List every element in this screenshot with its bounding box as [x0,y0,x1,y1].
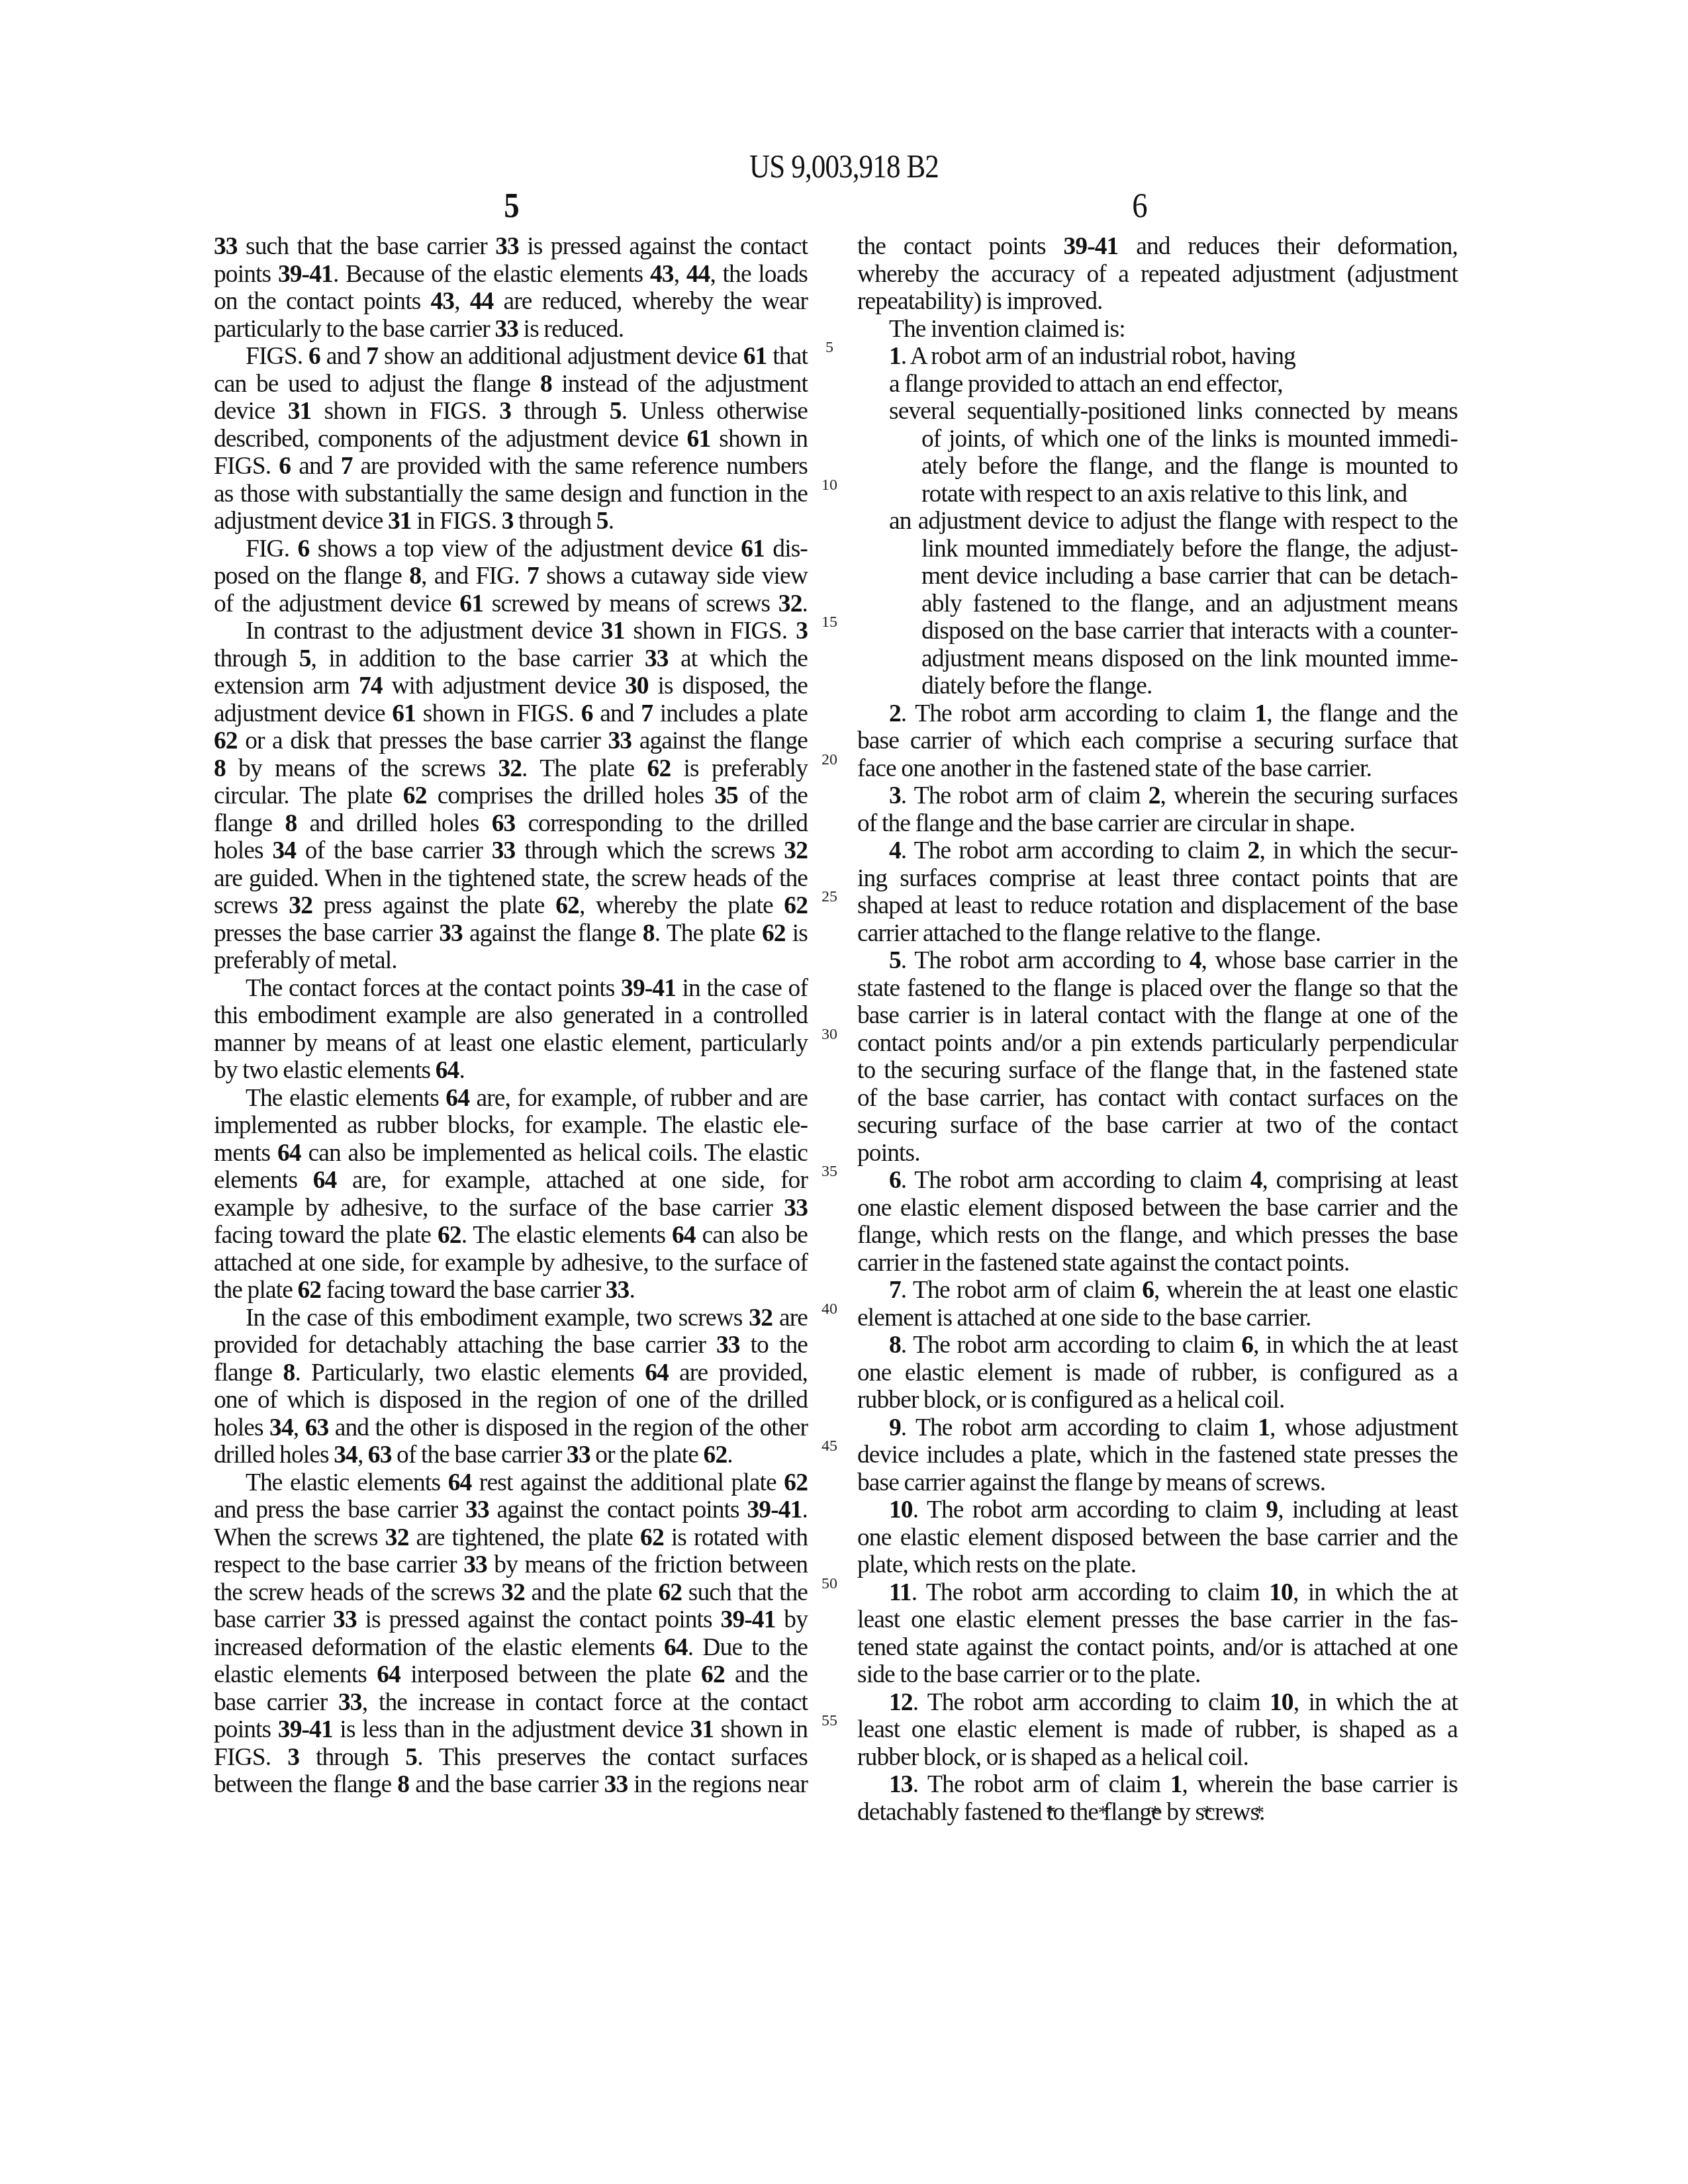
text-line: presses the base carrier 33 against the … [214,920,808,948]
reference-numeral: 2 [1248,837,1260,864]
asterisk: * [1046,1801,1056,1824]
reference-numeral: 33 [608,727,632,754]
text-line: FIGS. 6 and 7 are provided with the same… [214,453,808,480]
text-line: as those with substantially the same des… [214,480,808,508]
text-line: preferably of metal. [214,947,808,975]
reference-numeral: 34 [334,1441,357,1469]
text-line: base carrier 33, the increase in contact… [214,1689,808,1717]
reference-numeral: 4 [1250,1167,1262,1194]
text-line: 6. The robot arm according to claim 4, c… [857,1167,1458,1195]
text-line: disposed on the base carrier that intera… [857,617,1458,645]
reference-numeral: 3 [889,782,901,809]
reference-numeral: 1 [889,343,901,370]
reference-numeral: 33 [567,1441,590,1469]
reference-numeral: 13 [889,1771,913,1798]
reference-numeral: 44 [470,288,494,315]
text-line: this embodiment example are also generat… [214,1002,808,1030]
reference-numeral: 62 [555,892,579,919]
line-number: 55 [816,1712,843,1730]
reference-numeral: 6 [279,453,291,480]
reference-numeral: 63 [305,1414,329,1441]
reference-numeral: 74 [359,672,383,700]
text-line: points 39-41. Because of the elastic ele… [214,261,808,289]
text-line: flange 8 and drilled holes 63 correspond… [214,810,808,838]
text-line: flange 8. Particularly, two elastic elem… [214,1359,808,1387]
reference-numeral: 6 [1142,1277,1154,1304]
reference-numeral: 64 [313,1167,337,1194]
patent-number-header: US 9,003,918 B2 [118,147,1570,185]
reference-numeral: 43 [650,261,674,288]
text-line: In contrast to the adjustment device 31 … [214,617,808,645]
text-line: flange, which rests on the flange, and w… [857,1222,1458,1250]
reference-numeral: 64 [277,1140,301,1167]
text-line: face one another in the fastened state o… [857,755,1458,783]
reference-numeral: 64 [448,1469,472,1496]
reference-numeral: 8 [214,755,226,782]
reference-numeral: 30 [625,672,649,700]
reference-numeral: 3 [287,1744,299,1771]
reference-numeral: 8 [540,371,552,398]
text-line: The invention claimed is: [857,316,1458,343]
text-line: rubber block, or is shaped as a helical … [857,1744,1458,1772]
reference-numeral: 62 [214,727,238,754]
reference-numeral: 39-41 [621,975,676,1002]
text-line: device 31 shown in FIGS. 3 through 5. Un… [214,398,808,426]
text-line: attached at one side, for example by adh… [214,1250,808,1277]
text-line: shaped at least to reduce rotation and d… [857,892,1458,920]
text-line: ately before the flange, and the flange … [857,453,1458,480]
text-line: The contact forces at the contact points… [214,975,808,1003]
reference-numeral: 39-41 [721,1606,776,1633]
text-line: particularly to the base carrier 33 is r… [214,316,808,343]
reference-numeral: 33 [604,1771,628,1798]
reference-numeral: 8 [283,1359,295,1387]
text-line: points 39-41 is less than in the adjustm… [214,1716,808,1744]
text-line: the plate 62 facing toward the base carr… [214,1277,808,1304]
text-line: of joints, of which one of the links is … [857,426,1458,453]
reference-numeral: 31 [388,508,412,535]
reference-numeral: 39-41 [278,261,333,288]
reference-numeral: 3 [796,617,808,645]
reference-numeral: 61 [743,343,767,370]
text-line: elements 64 are, for example, attached a… [214,1167,808,1195]
text-line: 9. The robot arm according to claim 1, w… [857,1414,1458,1442]
text-line: screws 32 press against the plate 62, wh… [214,892,808,920]
line-number: 35 [816,1163,843,1181]
reference-numeral: 33 [716,1332,740,1359]
line-number: 45 [816,1437,843,1455]
text-line: 8 by means of the screws 32. The plate 6… [214,755,808,783]
reference-numeral: 9 [1266,1496,1278,1524]
text-line: carrier in the fastened state against th… [857,1250,1458,1277]
text-line: FIGS. 3 through 5. This preserves the co… [214,1744,808,1772]
reference-numeral: 6 [298,535,310,563]
text-line: one of which is disposed in the region o… [214,1387,808,1414]
text-line: drilled holes 34, 63 of the base carrier… [214,1441,808,1469]
reference-numeral: 62 [297,1277,321,1304]
text-line: 1. A robot arm of an industrial robot, h… [857,343,1458,371]
reference-numeral: 2 [1149,782,1160,809]
reference-numeral: 7 [527,563,539,590]
reference-numeral: 32 [749,1304,773,1332]
reference-numeral: 33 [492,837,516,864]
text-line: provided for detachably attaching the ba… [214,1332,808,1359]
reference-numeral: 44 [686,261,710,288]
reference-numeral: 7 [889,1277,901,1304]
text-line: adjustment device 31 in FIGS. 3 through … [214,508,808,535]
text-line: are guided. When in the tightened state,… [214,865,808,893]
text-line: In the case of this embodiment example, … [214,1304,808,1332]
text-line: base carrier is in lateral contact with … [857,1002,1458,1030]
reference-numeral: 32 [385,1524,409,1551]
text-line: to the securing surface of the flange th… [857,1057,1458,1085]
reference-numeral: 62 [647,755,671,782]
text-line: and press the base carrier 33 against th… [214,1496,808,1524]
text-line: increased deformation of the elastic ele… [214,1634,808,1662]
text-line: an adjustment device to adjust the flang… [857,508,1458,535]
reference-numeral: 1 [1170,1771,1182,1798]
text-line: base carrier 33 is pressed against the c… [214,1606,808,1634]
text-line: contact points and/or a pin extends part… [857,1030,1458,1058]
text-line: through 5, in addition to the base carri… [214,645,808,673]
reference-numeral: 62 [784,892,808,919]
reference-numeral: 5 [405,1744,417,1771]
asterisk: * [1150,1801,1160,1824]
reference-numeral: 6 [308,343,320,370]
reference-numeral: 9 [889,1414,901,1441]
reference-numeral: 7 [366,343,378,370]
text-line: The elastic elements 64 rest against the… [214,1469,808,1497]
end-of-document-marker: ***** [1046,1801,1264,1824]
reference-numeral: 33 [338,1689,362,1716]
description-column: 33 such that the base carrier 33 is pres… [214,233,808,1799]
text-line: whereby the accuracy of a repeated adjus… [857,261,1458,289]
reference-numeral: 33 [494,316,518,343]
text-line: facing toward the plate 62. The elastic … [214,1222,808,1250]
reference-numeral: 34 [269,1414,293,1441]
reference-numeral: 1 [1258,1414,1270,1441]
reference-numeral: 5 [889,947,901,974]
reference-numeral: 64 [645,1359,669,1387]
reference-numeral: 63 [492,810,516,837]
reference-numeral: 39-41 [278,1716,333,1743]
text-line: manner by means of at least one elastic … [214,1030,808,1058]
reference-numeral: 33 [333,1606,357,1633]
reference-numeral: 62 [438,1222,461,1249]
text-line: one elastic element is made of rubber, i… [857,1359,1458,1387]
reference-numeral: 64 [377,1661,400,1688]
reference-numeral: 10 [1270,1689,1293,1716]
text-line: adjustment device 61 shown in FIGS. 6 an… [214,700,808,728]
reference-numeral: 33 [214,233,238,260]
text-line: securing surface of the base carrier at … [857,1112,1458,1140]
text-line: ments 64 can also be implemented as heli… [214,1140,808,1167]
reference-numeral: 33 [645,645,669,672]
text-line: described, components of the adjustment … [214,426,808,453]
reference-numeral: 62 [762,920,786,947]
reference-numeral: 33 [463,1551,487,1578]
line-number: 25 [816,888,843,906]
text-line: 33 such that the base carrier 33 is pres… [214,233,808,261]
reference-numeral: 6 [581,700,593,727]
text-line: state fastened to the flange is placed o… [857,975,1458,1003]
text-line: 2. The robot arm according to claim 1, t… [857,700,1458,728]
reference-numeral: 3 [502,508,514,535]
reference-numeral: 64 [664,1634,688,1661]
text-line: points. [857,1140,1458,1167]
text-line: circular. The plate 62 comprises the dri… [214,782,808,810]
reference-numeral: 64 [672,1222,696,1249]
reference-numeral: 10 [1269,1579,1293,1606]
reference-numeral: 62 [640,1524,664,1551]
reference-numeral: 32 [289,892,312,919]
reference-numeral: 12 [889,1689,913,1716]
reference-numeral: 33 [606,1277,630,1304]
reference-numeral: 31 [288,398,312,425]
text-line: carrier attached to the flange relative … [857,920,1458,948]
reference-numeral: 39-41 [1063,233,1118,260]
text-line: base carrier against the flange by means… [857,1469,1458,1497]
reference-numeral: 62 [658,1579,682,1606]
text-line: base carrier of which each comprise a se… [857,727,1458,755]
asterisk: * [1254,1801,1264,1824]
reference-numeral: 8 [285,810,297,837]
reference-numeral: 61 [392,700,416,727]
reference-numeral: 35 [714,782,738,809]
text-line: 12. The robot arm according to claim 10,… [857,1689,1458,1717]
text-line: least one elastic element is made of rub… [857,1716,1458,1744]
text-line: one elastic element disposed between the… [857,1195,1458,1222]
text-line: 62 or a disk that presses the base carri… [214,727,808,755]
text-line: respect to the base carrier 33 by means … [214,1551,808,1579]
text-line: a flange provided to attach an end effec… [857,371,1458,398]
reference-numeral: 5 [610,398,622,425]
text-line: elastic elements 64 interposed between t… [214,1661,808,1689]
reference-numeral: 7 [641,700,653,727]
text-line: between the flange 8 and the base carrie… [214,1771,808,1799]
text-line: of the base carrier, has contact with co… [857,1085,1458,1113]
text-line: FIG. 6 shows a top view of the adjustmen… [214,535,808,563]
reference-numeral: 62 [784,1469,808,1496]
line-number: 20 [816,751,843,769]
column-number-left: 5 [482,187,541,226]
text-line: 7. The robot arm of claim 6, wherein the… [857,1277,1458,1304]
text-line: on the contact points 43, 44 are reduced… [214,288,808,316]
reference-numeral: 33 [465,1496,489,1524]
reference-numeral: 11 [889,1579,912,1606]
text-line: least one elastic element presses the ba… [857,1606,1458,1634]
reference-numeral: 6 [889,1167,901,1194]
text-line: 13. The robot arm of claim 1, wherein th… [857,1771,1458,1799]
text-line: one elastic element disposed between the… [857,1524,1458,1552]
text-line: of the adjustment device 61 screwed by m… [214,590,808,618]
line-number: 15 [816,614,843,631]
text-line: 3. The robot arm of claim 2, wherein the… [857,782,1458,810]
reference-numeral: 33 [495,233,519,260]
text-line: 8. The robot arm according to claim 6, i… [857,1332,1458,1359]
reference-numeral: 64 [445,1085,469,1112]
text-line: posed on the flange 8, and FIG. 7 shows … [214,563,808,590]
reference-numeral: 3 [499,398,511,425]
text-line: device includes a plate, which in the fa… [857,1441,1458,1469]
text-line: diately before the flange. [857,672,1458,700]
reference-numeral: 8 [643,920,655,947]
reference-numeral: 32 [498,755,522,782]
text-line: element is attached at one side to the b… [857,1304,1458,1332]
reference-numeral: 33 [784,1195,808,1222]
line-number: 40 [816,1300,843,1318]
text-line: The elastic elements 64 are, for example… [214,1085,808,1113]
reference-numeral: 10 [889,1496,913,1524]
text-line: holes 34, 63 and the other is disposed i… [214,1414,808,1442]
reference-numeral: 8 [889,1332,901,1359]
reference-numeral: 4 [889,837,901,864]
reference-numeral: 32 [784,837,808,864]
text-line: extension arm 74 with adjustment device … [214,672,808,700]
text-line: tened state against the contact points, … [857,1634,1458,1662]
reference-numeral: 7 [341,453,353,480]
reference-numeral: 62 [704,1441,727,1469]
text-line: ing surfaces comprise at least three con… [857,865,1458,893]
reference-numeral: 62 [403,782,427,809]
line-number: 10 [816,477,843,494]
reference-numeral: 62 [701,1661,725,1688]
asterisk: * [1202,1801,1212,1824]
reference-numeral: 34 [272,837,296,864]
reference-numeral: 43 [430,288,454,315]
reference-numeral: 8 [397,1771,409,1798]
text-line: 11. The robot arm according to claim 10,… [857,1579,1458,1607]
reference-numeral: 33 [439,920,463,947]
text-line: example by adhesive, to the surface of t… [214,1195,808,1222]
column-number-right: 6 [1110,187,1170,226]
text-line: link mounted immediately before the flan… [857,535,1458,563]
reference-numeral: 5 [299,645,311,672]
reference-numeral: 5 [596,508,608,535]
text-line: the contact points 39-41 and reduces the… [857,233,1458,261]
asterisk: * [1098,1801,1108,1824]
reference-numeral: 8 [409,563,421,590]
reference-numeral: 4 [1190,947,1201,974]
text-line: implemented as rubber blocks, for exampl… [214,1112,808,1140]
reference-numeral: 31 [601,617,625,645]
text-line: repeatability) is improved. [857,288,1458,316]
text-line: plate, which rests on the plate. [857,1551,1458,1579]
line-number: 30 [816,1026,843,1044]
reference-numeral: 64 [436,1057,459,1084]
reference-numeral: 63 [368,1441,392,1469]
reference-numeral: 1 [1254,700,1266,727]
line-number: 50 [816,1575,843,1593]
text-line: side to the base carrier or to the plate… [857,1661,1458,1689]
reference-numeral: 31 [690,1716,714,1743]
reference-numeral: 61 [687,426,711,453]
text-line: the screw heads of the screws 32 and the… [214,1579,808,1607]
text-line: ment device including a base carrier tha… [857,563,1458,590]
text-line: 5. The robot arm according to 4, whose b… [857,947,1458,975]
text-line: 10. The robot arm according to claim 9, … [857,1496,1458,1524]
text-line: ably fastened to the flange, and an adju… [857,590,1458,618]
reference-numeral: 6 [1241,1332,1253,1359]
text-line: of the flange and the base carrier are c… [857,810,1458,838]
reference-numeral: 39-41 [747,1496,802,1524]
text-line: FIGS. 6 and 7 show an additional adjustm… [214,343,808,371]
claims-column: the contact points 39-41 and reduces the… [857,233,1458,1826]
line-number: 5 [816,339,843,357]
reference-numeral: 2 [889,700,901,727]
text-line: When the screws 32 are tightened, the pl… [214,1524,808,1552]
reference-numeral: 61 [459,590,483,617]
text-line: by two elastic elements 64. [214,1057,808,1085]
text-line: adjustment means disposed on the link mo… [857,645,1458,673]
reference-numeral: 61 [741,535,765,563]
text-line: rubber block, or is configured as a heli… [857,1387,1458,1414]
text-line: can be used to adjust the flange 8 inste… [214,371,808,398]
reference-numeral: 32 [778,590,802,617]
text-line: rotate with respect to an axis relative … [857,480,1458,508]
text-line: 4. The robot arm according to claim 2, i… [857,837,1458,865]
text-line: holes 34 of the base carrier 33 through … [214,837,808,865]
text-line: several sequentially-positioned links co… [857,398,1458,426]
reference-numeral: 32 [501,1579,525,1606]
